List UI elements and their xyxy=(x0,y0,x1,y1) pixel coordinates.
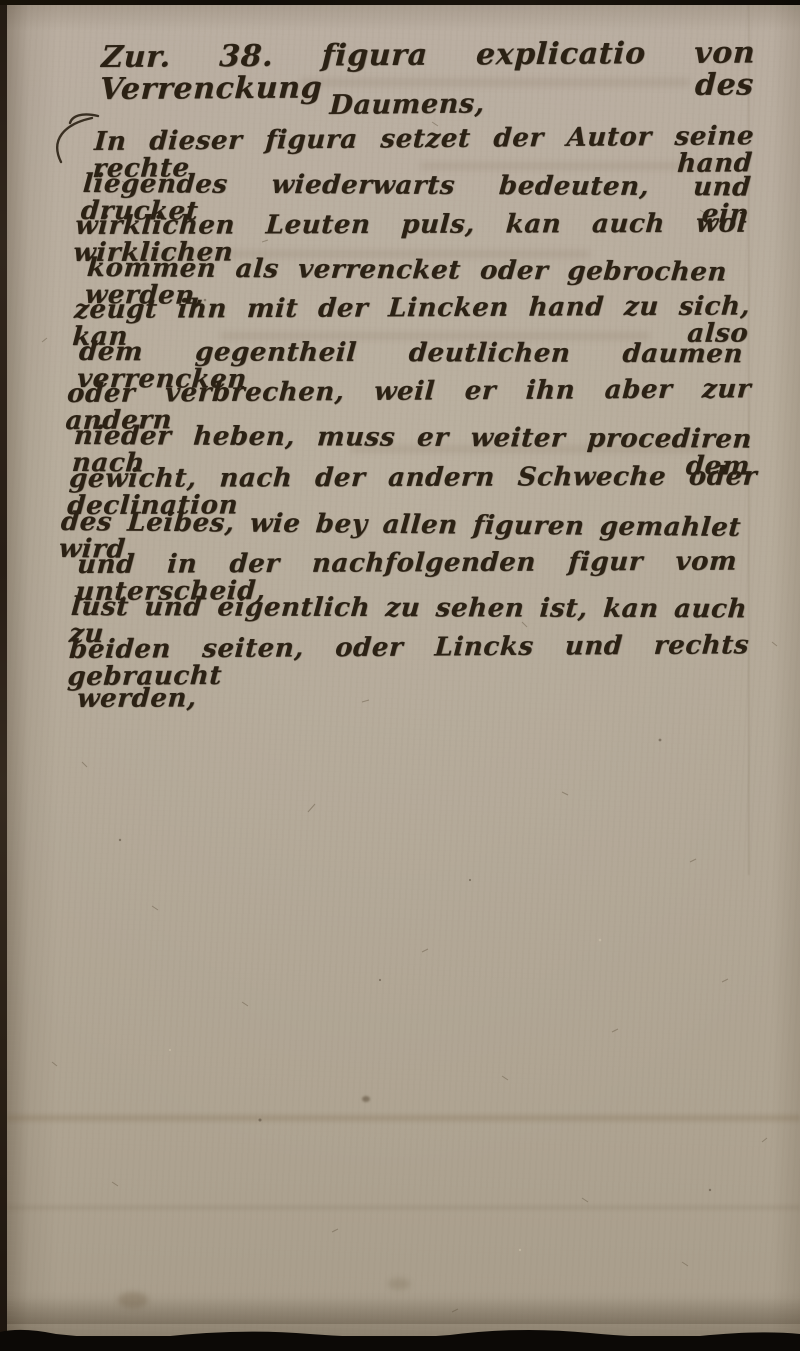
book-binding-edge xyxy=(0,0,7,1351)
fold-crease xyxy=(7,1112,800,1124)
manuscript-scan: Zur. 38. figura explicatio von Verrencku… xyxy=(0,0,800,1351)
manuscript-line: werden, xyxy=(76,685,197,713)
heading-line-2: Daumens, xyxy=(329,90,486,120)
scan-bottom-edge xyxy=(0,1322,800,1351)
scan-top-edge xyxy=(0,0,800,5)
paper-stain xyxy=(362,1096,370,1102)
paper-stain xyxy=(388,1278,410,1290)
fold-crease xyxy=(7,1203,800,1212)
bottom-edge-shadow xyxy=(7,1298,800,1324)
